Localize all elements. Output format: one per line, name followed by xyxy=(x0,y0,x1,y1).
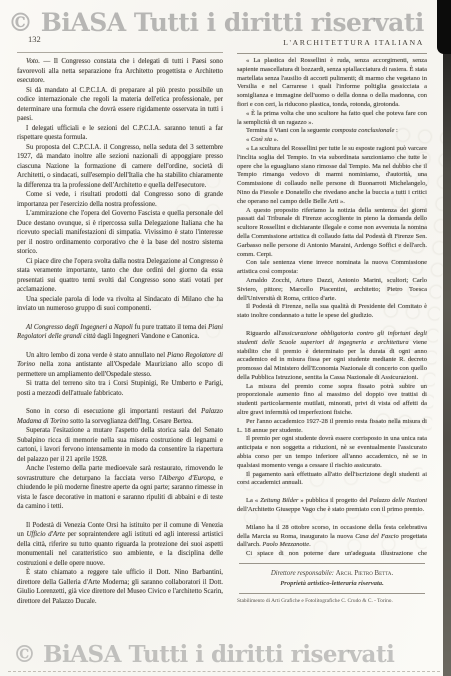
header-rule-right xyxy=(237,53,427,54)
text-segment: Sono in corso di esecuzione gli importan… xyxy=(26,408,201,415)
text-segment: Come si vede, i risultati prodotti dal C… xyxy=(17,191,223,208)
property-notice-line: Proprietà artistico-letteraria riservata… xyxy=(237,580,427,587)
text-segment: : xyxy=(394,127,397,134)
text-segment: Si dà mandato al C.P.C.I.A. di preparare… xyxy=(17,87,223,123)
text-segment: « La plastica del Rossellini è ruda, sen… xyxy=(237,57,427,108)
text-segment: I delegati ufficiali e le sezioni del C.… xyxy=(17,125,223,142)
paragraph: Come si vede, i risultati prodotti dal C… xyxy=(17,190,223,209)
text-segment: Paolo Mezzanotte xyxy=(262,541,309,548)
text-column-left: Voto. — Il Congresso constata che i dele… xyxy=(17,57,223,609)
text-segment: Albergo d'Europa xyxy=(162,475,214,482)
colophon: Direttore responsabile: Arch. Pietro Bet… xyxy=(237,563,427,604)
text-segment: Così sia xyxy=(251,136,272,143)
text-segment: Direttore responsabile: xyxy=(271,570,336,577)
text-segment: Un altro lembo di zona verde è stato ann… xyxy=(26,352,167,359)
colophon-rule-top xyxy=(239,563,425,564)
header-rule-left xyxy=(17,52,223,53)
colophon-rule-bottom xyxy=(239,593,425,594)
text-segment: Ufficio d'Arte xyxy=(26,531,64,538)
text-segment: Con tale sentenza viene invece nominata … xyxy=(237,259,427,275)
text-segment: — Il Congresso constata che i delegati d… xyxy=(17,58,223,84)
text-segment: dagli Ingegneri Vandone e Canonica. xyxy=(96,333,200,340)
text-segment: nella zona antistante all'Ospedale Mauri… xyxy=(17,361,223,378)
paragraph: « È la prima volta che uno scultore ha f… xyxy=(237,110,427,128)
text-segment: Per l'anno accademico 1927-28 il premio … xyxy=(237,418,427,434)
text-segment: Riguardo all' xyxy=(246,330,281,337)
paragraph: Il premio per ogni studente dovrà essere… xyxy=(237,435,427,470)
paragraph: « La plastica del Rossellini è ruda, sen… xyxy=(237,57,427,110)
text-segment: La misura del premio come sopra fissato … xyxy=(237,383,427,416)
paragraph: « Così sia ». xyxy=(237,136,427,145)
paragraph: La misura del premio come sopra fissato … xyxy=(237,383,427,418)
paragraph: Una speciale parola di lode va rivolta a… xyxy=(17,295,223,314)
paragraph: Superata l'esitazione a mutare l'aspetto… xyxy=(17,426,223,464)
copyright-watermark-top: © BiASA Tutti i diritti riservati xyxy=(8,8,424,37)
paragraph: Un altro lembo di zona verde è stato ann… xyxy=(17,351,223,380)
text-segment: Termina il Viani con la seguente xyxy=(246,127,332,134)
text-segment: Il premio per ogni studente dovrà essere… xyxy=(237,435,427,468)
text-segment: Voto. xyxy=(26,58,40,65)
binding-shadow-strip xyxy=(443,0,451,676)
printer-line: Stabilimento di Arti Grafiche e Fotolito… xyxy=(237,598,427,604)
paragraph: Voto. — Il Congresso constata che i dele… xyxy=(17,57,223,86)
scanned-journal-page: © BiASA Tutti i diritti riservati 132 L'… xyxy=(0,0,451,676)
paragraph: Ci piace dire che l'opera svolta dalla n… xyxy=(17,257,223,295)
text-segment: composta conclusionale xyxy=(332,127,395,134)
paragraph: Con tale sentenza viene invece nominata … xyxy=(237,259,427,277)
binding-shadow-corner xyxy=(437,0,451,54)
paragraph: Si dà mandato al C.P.C.I.A. di preparare… xyxy=(17,86,223,124)
text-segment: sotto la sorveglianza dell'Ing. Cesare B… xyxy=(68,418,192,425)
text-segment: dell'Architetto Giuseppe Vago che è stat… xyxy=(237,506,424,513)
text-segment: Il Podestà di Firenze, nella sua qualità… xyxy=(237,303,427,319)
page-number: 132 xyxy=(28,34,41,44)
paragraph: I delegati ufficiali e le sezioni del C.… xyxy=(17,124,223,143)
text-segment: Casa del Fascio xyxy=(355,533,399,540)
text-segment: Proprietà artistico-letteraria riservata… xyxy=(280,580,383,587)
text-segment: Il pagamento sarà effettuato all'atto de… xyxy=(237,471,427,487)
paragraph: Riguardo all'assicurazione obbligatoria … xyxy=(237,330,427,383)
paragraph: Arnaldo Zocchi, Arturo Dazzi, Antonio Ma… xyxy=(237,277,427,303)
director-line: Direttore responsabile: Arch. Pietro Bet… xyxy=(237,570,427,577)
paragraph: Si tratta del terreno sito tra i Corsi S… xyxy=(17,379,223,398)
paragraph: Per l'anno accademico 1927-28 il premio … xyxy=(237,418,427,436)
text-segment: Ci spiace di non poterne dare un'adeguat… xyxy=(237,550,427,557)
text-segment: Su proposta del C.P.C.I.A. il Congresso,… xyxy=(17,144,223,189)
paragraph: Il pagamento sarà effettuato all'atto de… xyxy=(237,471,427,489)
page-bottom-edge-rule xyxy=(8,671,440,672)
text-segment: « È la prima volta che uno scultore ha f… xyxy=(237,110,427,126)
journal-title: L'ARCHITETTURA ITALIANA xyxy=(283,38,424,47)
text-segment: È stato chiamato a reggere tale ufficio … xyxy=(17,569,223,605)
paragraph: A questo proposito riferiamo la notizia … xyxy=(237,207,427,260)
paragraph: Ci spiace di non poterne dare un'adeguat… xyxy=(237,550,427,557)
text-segment: Zeitung Bilder xyxy=(260,497,298,504)
copyright-watermark-bottom: © BiASA Tutti i diritti riservati xyxy=(13,641,394,668)
text-segment: Ci piace dire che l'opera svolta dalla n… xyxy=(17,258,223,294)
text-segment: Arch. Pietro Betta. xyxy=(336,570,393,577)
text-segment: L'ammirazione che l'opera del Governo Fa… xyxy=(17,210,223,255)
paragraph: Termina il Viani con la seguente compost… xyxy=(237,127,427,136)
text-segment: Al Congresso degli Ingegneri a Napoli xyxy=(26,324,133,331)
text-column-right: « La plastica del Rossellini è ruda, sen… xyxy=(237,57,427,557)
text-segment: La « xyxy=(246,497,260,504)
paragraph: Anche l'esterno della parte medioevale s… xyxy=(17,464,223,512)
paragraph: Milano ha il 28 ottobre scorso, in occas… xyxy=(237,524,427,550)
paragraph: Il Podestà di Firenze, nella sua qualità… xyxy=(237,303,427,321)
text-segment: Si tratta del terreno sito tra i Corsi S… xyxy=(17,380,223,397)
paragraph: Su proposta del C.P.C.I.A. il Congresso,… xyxy=(17,143,223,191)
paragraph: La « Zeitung Bilder » pubblica il proget… xyxy=(237,497,427,515)
text-segment: . xyxy=(309,541,311,548)
text-segment: Stabilimento di Arti Grafiche e Fotolito… xyxy=(237,598,393,604)
paragraph: « La scultura del Rossellini per tutte l… xyxy=(237,145,427,207)
text-segment: A questo proposito riferiamo la notizia … xyxy=(237,207,427,258)
text-segment: « La scultura del Rossellini per tutte l… xyxy=(237,145,427,205)
text-segment: » pubblica il progetto del xyxy=(298,497,369,504)
paragraph: È stato chiamato a reggere tale ufficio … xyxy=(17,568,223,606)
text-segment: fu pure trattato il tema dei xyxy=(133,324,208,331)
paragraph: Al Congresso degli Ingegneri a Napoli fu… xyxy=(17,323,223,342)
text-segment: Arnaldo Zocchi, Arturo Dazzi, Antonio Ma… xyxy=(237,277,427,302)
paragraph: Il Podestà di Venezia Conte Orsi ha isti… xyxy=(17,521,223,569)
text-segment: ». xyxy=(272,136,279,143)
paragraph: Sono in corso di esecuzione gli importan… xyxy=(17,407,223,426)
paragraph: L'ammirazione che l'opera del Governo Fa… xyxy=(17,209,223,257)
text-segment: Superata l'esitazione a mutare l'aspetto… xyxy=(17,427,223,463)
text-segment: Palazzo delle Nazioni xyxy=(369,497,427,504)
text-segment: Una speciale parola di lode va rivolta a… xyxy=(17,296,223,313)
